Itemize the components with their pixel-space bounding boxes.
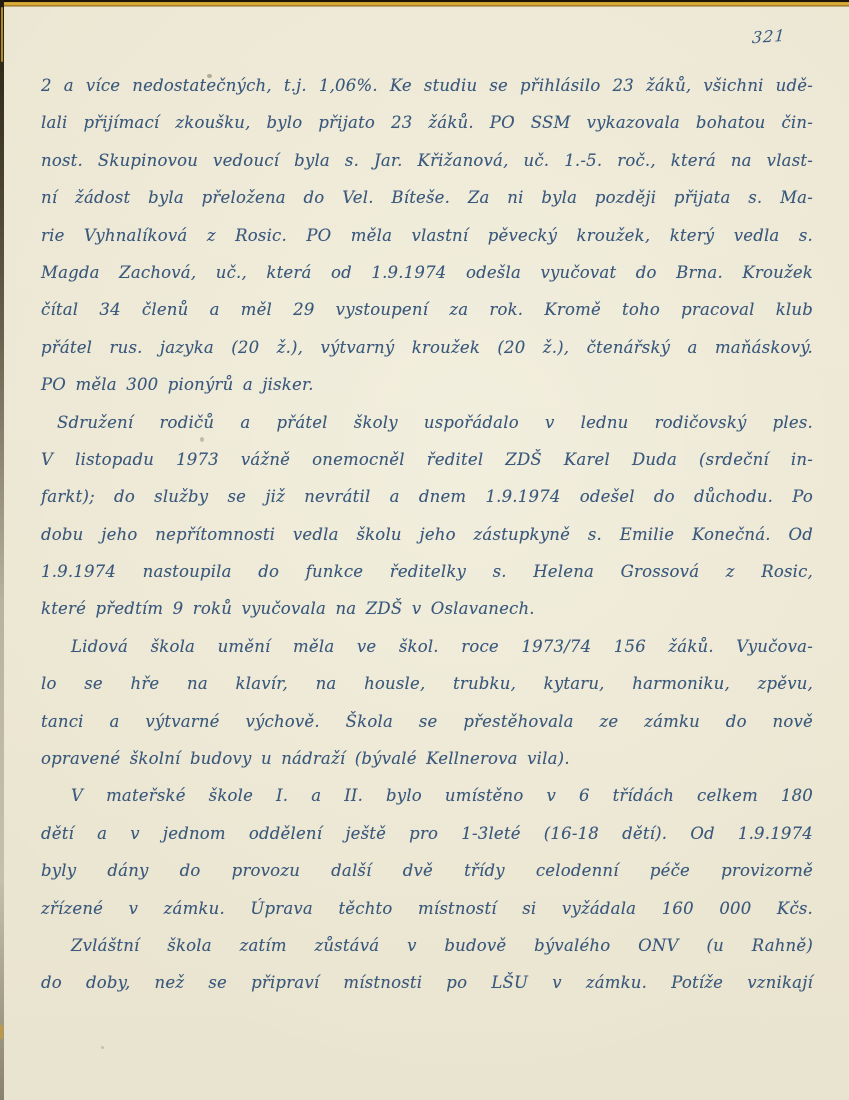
handwritten-line: lali přijímací zkoušku, bylo přijato 23 … xyxy=(41,104,813,141)
handwritten-line: Sdružení rodičů a přátel školy uspořádal… xyxy=(41,404,813,441)
handwritten-line: Zvláštní škola zatím zůstává v budově bý… xyxy=(41,927,813,964)
handwritten-line: čítal 34 členů a měl 29 vystoupení za ro… xyxy=(41,291,813,328)
handwritten-line: zřízené v zámku. Úprava těchto místností… xyxy=(41,890,813,927)
page-number-value: 321 xyxy=(751,26,786,47)
handwritten-line: tanci a výtvarné výchově. Škola se přest… xyxy=(41,703,813,740)
handwritten-line: lo se hře na klavír, na housle, trubku, … xyxy=(41,665,813,702)
handwritten-line: byly dány do provozu další dvě třídy cel… xyxy=(41,852,813,889)
handwritten-text-block: 2 a více nedostatečných, t.j. 1,06%. Ke … xyxy=(41,67,813,1002)
handwritten-line: přátel rus. jazyka (20 ž.), výtvarný kro… xyxy=(41,329,813,366)
handwritten-line: V mateřské škole I. a II. bylo umístěno … xyxy=(41,777,813,814)
handwritten-line: 1.9.1974 nastoupila do funkce ředitelky … xyxy=(41,553,813,590)
handwritten-line: nost. Skupinovou vedoucí byla s. Jar. Kř… xyxy=(41,142,813,179)
gilt-edge-left-lower xyxy=(0,1025,3,1039)
handwritten-line: 2 a více nedostatečných, t.j. 1,06%. Ke … xyxy=(41,67,813,104)
handwritten-line: Lidová škola umění měla ve škol. roce 19… xyxy=(41,628,813,665)
gilt-edge-top xyxy=(0,0,849,7)
handwritten-line: dobu jeho nepřítomnosti vedla školu jeho… xyxy=(41,516,813,553)
handwritten-line: V listopadu 1973 vážně onemocněl ředitel… xyxy=(41,441,813,478)
handwritten-line: PO měla 300 pionýrů a jisker. xyxy=(41,366,813,403)
handwritten-line: Magda Zachová, uč., která od 1.9.1974 od… xyxy=(41,254,813,291)
handwritten-line: které předtím 9 roků vyučovala na ZDŠ v … xyxy=(41,590,813,627)
chronicle-page: 321 2 a více nedostatečných, t.j. 1,06%.… xyxy=(0,0,849,1100)
handwritten-line: farkt); do služby se již nevrátil a dnem… xyxy=(41,478,813,515)
handwritten-line: ní žádost byla přeložena do Vel. Bíteše.… xyxy=(41,179,813,216)
page-number: 321 xyxy=(751,26,786,47)
gilt-edge-left xyxy=(1,7,3,62)
handwritten-line: do doby, než se připraví místnosti po LŠ… xyxy=(41,964,813,1001)
handwritten-line: dětí a v jednom oddělení ještě pro 1-3le… xyxy=(41,815,813,852)
handwritten-line: rie Vyhnalíková z Rosic. PO měla vlastní… xyxy=(41,217,813,254)
paper-speck xyxy=(101,1046,104,1049)
handwritten-line: opravené školní budovy u nádraží (bývalé… xyxy=(41,740,813,777)
page-edge-left xyxy=(0,0,4,1100)
